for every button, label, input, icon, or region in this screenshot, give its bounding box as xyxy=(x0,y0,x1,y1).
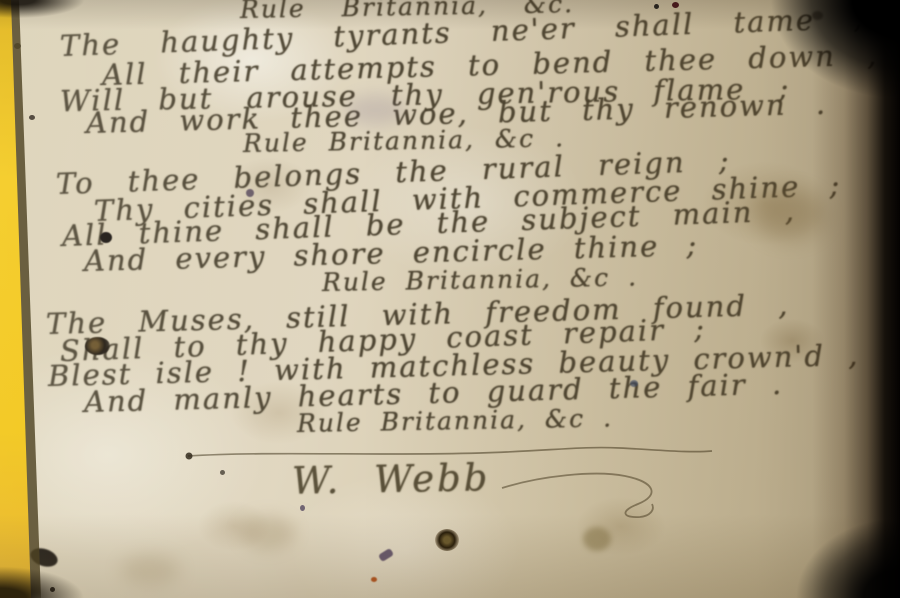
ink-blot xyxy=(812,11,823,20)
ink-blot xyxy=(29,115,35,120)
paper-stain xyxy=(240,515,295,550)
paper-stain xyxy=(345,95,405,125)
ink-blot xyxy=(100,232,112,243)
ink-blot xyxy=(583,527,611,551)
signature-flourish xyxy=(500,462,690,522)
ink-blot xyxy=(246,189,254,197)
paper-stain xyxy=(120,555,180,585)
refrain-line: Rule Britannia, &c . xyxy=(322,264,638,295)
signature-text: W. Webb xyxy=(292,456,491,502)
ink-blot xyxy=(300,505,305,511)
ink-blot xyxy=(654,4,659,9)
ink-blot xyxy=(371,577,377,582)
ink-blot xyxy=(672,2,679,8)
ink-blot xyxy=(50,587,55,592)
paper-stain xyxy=(755,190,825,240)
ink-blot xyxy=(85,337,110,355)
refrain-line: Rule Britannia, &c . xyxy=(297,405,613,436)
ink-blot xyxy=(435,529,459,551)
ink-blot xyxy=(630,380,638,387)
ink-blot xyxy=(220,470,225,475)
manuscript-photo: Rule Britannia, &c. The haughty tyrants … xyxy=(0,0,900,598)
